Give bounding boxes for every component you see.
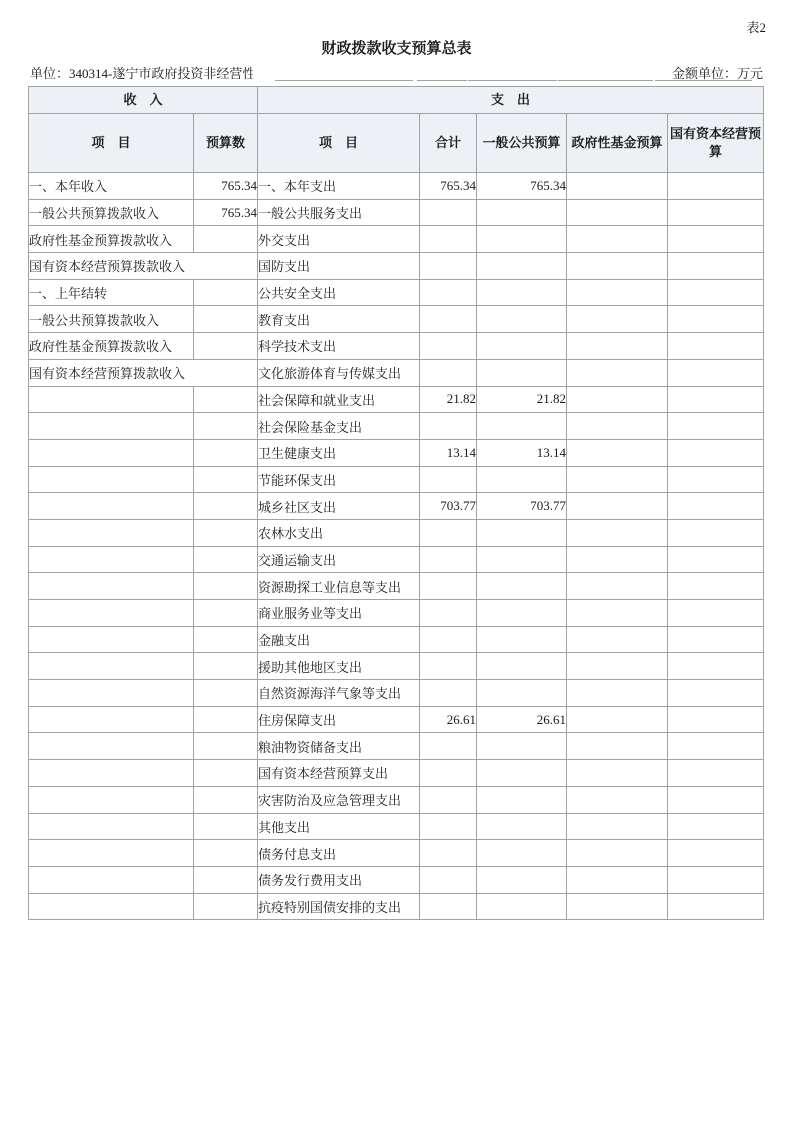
general-public-budget-cell: 21.82 bbox=[477, 386, 567, 413]
revenue-item-cell bbox=[29, 760, 194, 787]
general-public-budget-cell bbox=[477, 279, 567, 306]
revenue-budget-cell bbox=[194, 279, 258, 306]
general-public-budget-cell bbox=[477, 226, 567, 253]
govt-fund-budget-cell bbox=[567, 600, 668, 627]
expenditure-item-cell: 自然资源海洋气象等支出 bbox=[258, 680, 420, 707]
ghost-border-segment bbox=[417, 80, 467, 81]
general-public-budget-cell bbox=[477, 413, 567, 440]
total-cell bbox=[420, 413, 477, 440]
total-cell: 13.14 bbox=[420, 439, 477, 466]
revenue-item-cell: 国有资本经营预算拨款收入 bbox=[29, 359, 258, 386]
expenditure-item-cell: 文化旅游体育与传媒支出 bbox=[258, 359, 420, 386]
state-capital-budget-cell bbox=[668, 813, 764, 840]
table-row: 其他支出 bbox=[29, 813, 764, 840]
total-cell bbox=[420, 519, 477, 546]
revenue-item-cell bbox=[29, 439, 194, 466]
expenditure-item-cell: 国有资本经营预算支出 bbox=[258, 760, 420, 787]
column-header-row: 项 目 预算数 项 目 合计 一般公共预算 政府性基金预算 国有资本经营预算 bbox=[29, 114, 764, 173]
revenue-budget-cell bbox=[194, 600, 258, 627]
revenue-budget-cell: 765.34 bbox=[194, 199, 258, 226]
govt-fund-budget-cell bbox=[567, 173, 668, 200]
state-capital-budget-cell bbox=[668, 359, 764, 386]
state-capital-budget-cell bbox=[668, 253, 764, 280]
govt-fund-budget-cell bbox=[567, 306, 668, 333]
state-capital-budget-cell bbox=[668, 600, 764, 627]
page-tag: 表2 bbox=[746, 17, 766, 36]
unit-label: 单位：340314-遂宁市政府投资非经营性 bbox=[30, 63, 253, 80]
general-public-budget-cell bbox=[477, 359, 567, 386]
revenue-section-header: 收 入 bbox=[29, 87, 258, 114]
total-cell bbox=[420, 653, 477, 680]
table-row: 抗疫特别国债安排的支出 bbox=[29, 893, 764, 920]
table-row: 社会保障和就业支出21.8221.82 bbox=[29, 386, 764, 413]
revenue-budget-cell bbox=[194, 226, 258, 253]
state-capital-budget-cell bbox=[668, 519, 764, 546]
general-public-budget-cell bbox=[477, 626, 567, 653]
govt-fund-budget-cell bbox=[567, 199, 668, 226]
revenue-budget-cell bbox=[194, 546, 258, 573]
table-row: 资源勘探工业信息等支出 bbox=[29, 573, 764, 600]
state-capital-budget-cell bbox=[668, 706, 764, 733]
revenue-budget-cell bbox=[194, 573, 258, 600]
expenditure-item-cell: 外交支出 bbox=[258, 226, 420, 253]
table-row: 节能环保支出 bbox=[29, 466, 764, 493]
total-cell bbox=[420, 306, 477, 333]
general-public-budget-cell bbox=[477, 466, 567, 493]
total-cell bbox=[420, 733, 477, 760]
govt-fund-budget-column-header: 政府性基金预算 bbox=[567, 114, 668, 173]
general-public-budget-cell bbox=[477, 840, 567, 867]
expenditure-item-cell: 科学技术支出 bbox=[258, 333, 420, 360]
table-row: 债务发行费用支出 bbox=[29, 866, 764, 893]
general-public-budget-cell bbox=[477, 680, 567, 707]
govt-fund-budget-cell bbox=[567, 413, 668, 440]
total-cell bbox=[420, 199, 477, 226]
expenditure-item-cell: 城乡社区支出 bbox=[258, 493, 420, 520]
revenue-item-cell bbox=[29, 386, 194, 413]
revenue-budget-cell bbox=[194, 333, 258, 360]
govt-fund-budget-cell bbox=[567, 333, 668, 360]
table-body: 一、本年收入765.34一、本年支出765.34765.34一般公共预算拨款收入… bbox=[29, 173, 764, 920]
expenditure-item-cell: 教育支出 bbox=[258, 306, 420, 333]
total-cell bbox=[420, 786, 477, 813]
expenditure-item-cell: 抗疫特别国债安排的支出 bbox=[258, 893, 420, 920]
revenue-item-cell: 政府性基金预算拨款收入 bbox=[29, 333, 194, 360]
total-cell bbox=[420, 866, 477, 893]
expenditure-item-cell: 一般公共服务支出 bbox=[258, 199, 420, 226]
revenue-item-cell bbox=[29, 600, 194, 627]
total-column-header: 合计 bbox=[420, 114, 477, 173]
govt-fund-budget-cell bbox=[567, 706, 668, 733]
expenditure-item-cell: 交通运输支出 bbox=[258, 546, 420, 573]
revenue-budget-cell bbox=[194, 626, 258, 653]
table-row: 一、上年结转公共安全支出 bbox=[29, 279, 764, 306]
total-cell bbox=[420, 546, 477, 573]
expenditure-item-cell: 金融支出 bbox=[258, 626, 420, 653]
table-row: 粮油物资储备支出 bbox=[29, 733, 764, 760]
revenue-item-cell bbox=[29, 546, 194, 573]
revenue-item-cell: 国有资本经营预算拨款收入 bbox=[29, 253, 258, 280]
table-row: 债务付息支出 bbox=[29, 840, 764, 867]
state-capital-budget-cell bbox=[668, 199, 764, 226]
govt-fund-budget-cell bbox=[567, 253, 668, 280]
state-capital-budget-cell bbox=[668, 840, 764, 867]
govt-fund-budget-cell bbox=[567, 439, 668, 466]
expenditure-item-cell: 援助其他地区支出 bbox=[258, 653, 420, 680]
revenue-item-cell bbox=[29, 706, 194, 733]
general-public-budget-cell bbox=[477, 600, 567, 627]
state-capital-budget-cell bbox=[668, 493, 764, 520]
state-capital-budget-cell bbox=[668, 866, 764, 893]
expenditure-item-column-header: 项 目 bbox=[258, 114, 420, 173]
general-public-budget-cell bbox=[477, 893, 567, 920]
revenue-item-cell bbox=[29, 626, 194, 653]
table-row: 卫生健康支出13.1413.14 bbox=[29, 439, 764, 466]
revenue-item-cell: 政府性基金预算拨款收入 bbox=[29, 226, 194, 253]
revenue-budget-cell bbox=[194, 893, 258, 920]
table-row: 农林水支出 bbox=[29, 519, 764, 546]
budget-table: 收 入 支 出 项 目 预算数 项 目 合计 一般公共预算 政府性基金预算 国有… bbox=[28, 86, 764, 920]
state-capital-budget-cell bbox=[668, 546, 764, 573]
state-capital-budget-cell bbox=[668, 573, 764, 600]
expenditure-item-cell: 其他支出 bbox=[258, 813, 420, 840]
state-capital-budget-cell bbox=[668, 786, 764, 813]
revenue-item-cell bbox=[29, 519, 194, 546]
expenditure-item-cell: 资源勘探工业信息等支出 bbox=[258, 573, 420, 600]
revenue-item-cell: 一般公共预算拨款收入 bbox=[29, 199, 194, 226]
section-header-row: 收 入 支 出 bbox=[29, 87, 764, 114]
state-capital-budget-cell bbox=[668, 439, 764, 466]
general-public-budget-cell: 765.34 bbox=[477, 173, 567, 200]
revenue-budget-cell bbox=[194, 413, 258, 440]
revenue-budget-cell bbox=[194, 680, 258, 707]
total-cell bbox=[420, 466, 477, 493]
govt-fund-budget-cell bbox=[567, 359, 668, 386]
expenditure-item-cell: 节能环保支出 bbox=[258, 466, 420, 493]
revenue-item-cell bbox=[29, 813, 194, 840]
table-row: 城乡社区支出703.77703.77 bbox=[29, 493, 764, 520]
ghost-border-segment bbox=[558, 80, 653, 81]
state-capital-budget-cell bbox=[668, 279, 764, 306]
revenue-item-cell bbox=[29, 466, 194, 493]
revenue-item-cell bbox=[29, 840, 194, 867]
general-public-budget-cell bbox=[477, 760, 567, 787]
govt-fund-budget-cell bbox=[567, 279, 668, 306]
total-cell bbox=[420, 840, 477, 867]
total-cell bbox=[420, 893, 477, 920]
revenue-budget-cell bbox=[194, 466, 258, 493]
state-capital-budget-cell bbox=[668, 653, 764, 680]
state-capital-budget-cell bbox=[668, 680, 764, 707]
total-cell bbox=[420, 600, 477, 627]
revenue-budget-cell bbox=[194, 306, 258, 333]
total-cell bbox=[420, 333, 477, 360]
state-capital-budget-cell bbox=[668, 466, 764, 493]
total-cell bbox=[420, 680, 477, 707]
expenditure-item-cell: 社会保障和就业支出 bbox=[258, 386, 420, 413]
general-public-budget-cell bbox=[477, 333, 567, 360]
table-row: 国有资本经营预算拨款收入文化旅游体育与传媒支出 bbox=[29, 359, 764, 386]
revenue-budget-cell bbox=[194, 493, 258, 520]
expenditure-item-cell: 商业服务业等支出 bbox=[258, 600, 420, 627]
govt-fund-budget-cell bbox=[567, 680, 668, 707]
revenue-item-cell bbox=[29, 413, 194, 440]
table-row: 一、本年收入765.34一、本年支出765.34765.34 bbox=[29, 173, 764, 200]
govt-fund-budget-cell bbox=[567, 386, 668, 413]
govt-fund-budget-cell bbox=[567, 840, 668, 867]
table-row: 金融支出 bbox=[29, 626, 764, 653]
revenue-budget-cell bbox=[194, 519, 258, 546]
total-cell bbox=[420, 279, 477, 306]
general-public-budget-cell bbox=[477, 786, 567, 813]
table-row: 自然资源海洋气象等支出 bbox=[29, 680, 764, 707]
general-public-budget-cell bbox=[477, 653, 567, 680]
general-public-budget-cell: 13.14 bbox=[477, 439, 567, 466]
table-row: 灾害防治及应急管理支出 bbox=[29, 786, 764, 813]
expenditure-item-cell: 灾害防治及应急管理支出 bbox=[258, 786, 420, 813]
state-capital-budget-cell bbox=[668, 893, 764, 920]
total-cell bbox=[420, 626, 477, 653]
general-public-budget-cell: 26.61 bbox=[477, 706, 567, 733]
revenue-item-column-header: 项 目 bbox=[29, 114, 194, 173]
revenue-item-cell: 一、上年结转 bbox=[29, 279, 194, 306]
table-row: 社会保险基金支出 bbox=[29, 413, 764, 440]
revenue-budget-cell bbox=[194, 840, 258, 867]
general-public-budget-cell bbox=[477, 573, 567, 600]
general-public-budget-cell bbox=[477, 306, 567, 333]
revenue-item-cell bbox=[29, 493, 194, 520]
general-public-budget-cell bbox=[477, 546, 567, 573]
revenue-item-cell bbox=[29, 893, 194, 920]
state-capital-budget-cell bbox=[668, 386, 764, 413]
state-capital-budget-cell bbox=[668, 333, 764, 360]
govt-fund-budget-cell bbox=[567, 546, 668, 573]
govt-fund-budget-cell bbox=[567, 226, 668, 253]
total-cell: 26.61 bbox=[420, 706, 477, 733]
general-public-budget-cell bbox=[477, 199, 567, 226]
revenue-item-cell bbox=[29, 866, 194, 893]
ghost-border-segment bbox=[275, 80, 413, 81]
revenue-budget-cell bbox=[194, 813, 258, 840]
expenditure-item-cell: 公共安全支出 bbox=[258, 279, 420, 306]
expenditure-item-cell: 粮油物资储备支出 bbox=[258, 733, 420, 760]
expenditure-item-cell: 住房保障支出 bbox=[258, 706, 420, 733]
revenue-budget-cell: 765.34 bbox=[194, 173, 258, 200]
state-capital-budget-cell bbox=[668, 306, 764, 333]
govt-fund-budget-cell bbox=[567, 573, 668, 600]
expenditure-item-cell: 一、本年支出 bbox=[258, 173, 420, 200]
total-cell: 21.82 bbox=[420, 386, 477, 413]
revenue-budget-column-header: 预算数 bbox=[194, 114, 258, 173]
total-cell bbox=[420, 760, 477, 787]
revenue-budget-cell bbox=[194, 386, 258, 413]
revenue-budget-cell bbox=[194, 866, 258, 893]
govt-fund-budget-cell bbox=[567, 653, 668, 680]
page-title: 财政拨款收支预算总表 bbox=[0, 37, 793, 58]
revenue-item-cell bbox=[29, 573, 194, 600]
total-cell bbox=[420, 226, 477, 253]
govt-fund-budget-cell bbox=[567, 626, 668, 653]
govt-fund-budget-cell bbox=[567, 893, 668, 920]
revenue-item-cell bbox=[29, 653, 194, 680]
general-public-budget-cell bbox=[477, 519, 567, 546]
state-capital-budget-cell bbox=[668, 760, 764, 787]
state-capital-budget-column-header: 国有资本经营预算 bbox=[668, 114, 764, 173]
revenue-item-cell bbox=[29, 786, 194, 813]
general-public-budget-cell bbox=[477, 733, 567, 760]
table-row: 交通运输支出 bbox=[29, 546, 764, 573]
revenue-budget-cell bbox=[194, 760, 258, 787]
expenditure-item-cell: 农林水支出 bbox=[258, 519, 420, 546]
general-public-budget-cell: 703.77 bbox=[477, 493, 567, 520]
total-cell: 703.77 bbox=[420, 493, 477, 520]
govt-fund-budget-cell bbox=[567, 466, 668, 493]
expenditure-item-cell: 国防支出 bbox=[258, 253, 420, 280]
general-public-budget-cell bbox=[477, 866, 567, 893]
total-cell bbox=[420, 253, 477, 280]
table-row: 一般公共预算拨款收入教育支出 bbox=[29, 306, 764, 333]
revenue-budget-cell bbox=[194, 653, 258, 680]
total-cell: 765.34 bbox=[420, 173, 477, 200]
ghost-border-segment bbox=[655, 80, 752, 81]
state-capital-budget-cell bbox=[668, 226, 764, 253]
govt-fund-budget-cell bbox=[567, 493, 668, 520]
govt-fund-budget-cell bbox=[567, 866, 668, 893]
table-row: 一般公共预算拨款收入765.34一般公共服务支出 bbox=[29, 199, 764, 226]
revenue-item-cell: 一、本年收入 bbox=[29, 173, 194, 200]
expenditure-item-cell: 债务发行费用支出 bbox=[258, 866, 420, 893]
ghost-border-segment bbox=[468, 80, 557, 81]
general-public-budget-cell bbox=[477, 813, 567, 840]
revenue-budget-cell bbox=[194, 733, 258, 760]
state-capital-budget-cell bbox=[668, 173, 764, 200]
general-public-budget-cell bbox=[477, 253, 567, 280]
govt-fund-budget-cell bbox=[567, 813, 668, 840]
table-row: 国有资本经营预算拨款收入国防支出 bbox=[29, 253, 764, 280]
state-capital-budget-cell bbox=[668, 626, 764, 653]
state-capital-budget-cell bbox=[668, 733, 764, 760]
state-capital-budget-cell bbox=[668, 413, 764, 440]
revenue-budget-cell bbox=[194, 706, 258, 733]
total-cell bbox=[420, 813, 477, 840]
expenditure-item-cell: 债务付息支出 bbox=[258, 840, 420, 867]
table-row: 住房保障支出26.6126.61 bbox=[29, 706, 764, 733]
expenditure-item-cell: 卫生健康支出 bbox=[258, 439, 420, 466]
expenditure-item-cell: 社会保险基金支出 bbox=[258, 413, 420, 440]
govt-fund-budget-cell bbox=[567, 519, 668, 546]
expenditure-section-header: 支 出 bbox=[258, 87, 764, 114]
table-row: 政府性基金预算拨款收入外交支出 bbox=[29, 226, 764, 253]
revenue-budget-cell bbox=[194, 439, 258, 466]
revenue-budget-cell bbox=[194, 786, 258, 813]
table-row: 援助其他地区支出 bbox=[29, 653, 764, 680]
general-public-budget-column-header: 一般公共预算 bbox=[477, 114, 567, 173]
govt-fund-budget-cell bbox=[567, 733, 668, 760]
table-row: 商业服务业等支出 bbox=[29, 600, 764, 627]
total-cell bbox=[420, 573, 477, 600]
total-cell bbox=[420, 359, 477, 386]
table-row: 政府性基金预算拨款收入科学技术支出 bbox=[29, 333, 764, 360]
revenue-item-cell bbox=[29, 680, 194, 707]
revenue-item-cell bbox=[29, 733, 194, 760]
govt-fund-budget-cell bbox=[567, 786, 668, 813]
revenue-item-cell: 一般公共预算拨款收入 bbox=[29, 306, 194, 333]
govt-fund-budget-cell bbox=[567, 760, 668, 787]
table-row: 国有资本经营预算支出 bbox=[29, 760, 764, 787]
